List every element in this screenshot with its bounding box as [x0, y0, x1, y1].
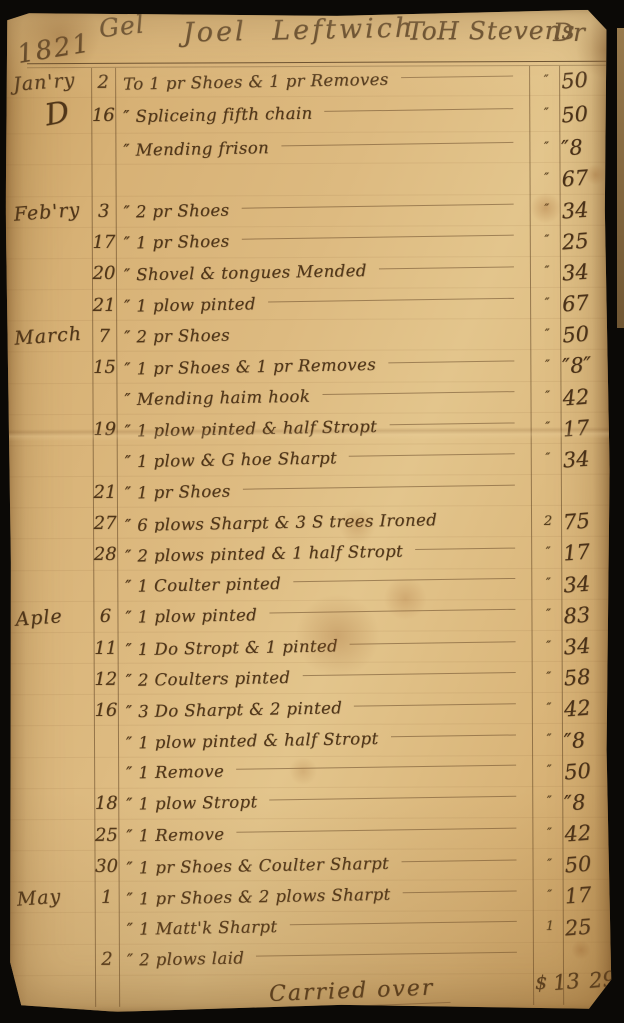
- entry-description: ″ 6 plows Sharpt & 3 S trees Ironed: [117, 512, 533, 533]
- entry-description-text: ″ 1 pr Shoes & 2 plows Sharpt: [127, 886, 391, 907]
- month-label: [8, 801, 94, 807]
- dollars-value: ″: [534, 794, 564, 809]
- ledger-row-2: D 16 ″ Spliceing fifth chain ″ 50: [5, 96, 609, 135]
- scanned-ledger-document: 1821 Gel Joel Leftwich To H Stevens Dr J…: [0, 0, 624, 1023]
- day-number: 20: [92, 263, 116, 284]
- entry-description: ″ 1 plow Stropt: [118, 792, 534, 813]
- month-label: [7, 396, 93, 402]
- dollars-value: ″: [532, 389, 562, 404]
- day-number: 16: [94, 700, 118, 721]
- entry-description-text: ″ 1 plow pinted & half Stropt: [126, 730, 379, 751]
- dollars-value: ″: [532, 358, 562, 373]
- fill-dash-line: [236, 827, 516, 832]
- cents-value: ″8: [563, 726, 613, 753]
- entry-description-text: ″ 1 pr Shoes: [124, 232, 230, 252]
- day-number: 28: [93, 544, 117, 565]
- dollars-value: ″: [532, 296, 562, 311]
- day-number: 3: [92, 201, 116, 222]
- day-number: 11: [94, 637, 118, 658]
- entry-description-text: ″ 2 plows pinted & 1 half Stropt: [125, 543, 403, 564]
- cents-value: ″8: [561, 133, 611, 160]
- month-label: May: [8, 883, 95, 911]
- month-label: [6, 271, 92, 277]
- entry-description: ″ 2 plows laid: [119, 948, 535, 969]
- fill-dash-line: [269, 609, 515, 614]
- header-debit-abbreviation: Dr: [553, 18, 585, 47]
- ledger-row-25: 25 ″ 1 Remove ″ 42: [8, 818, 612, 852]
- entry-description: ″ 1 plow & G hoe Sharpt: [117, 449, 533, 470]
- day-number: 1: [95, 887, 119, 908]
- day-number: 18: [94, 793, 118, 814]
- ledger-row-20: 12 ″ 2 Coulters pinted ″ 58: [8, 662, 612, 696]
- month-label: Aple: [7, 603, 94, 631]
- day-number: 27: [93, 513, 117, 534]
- entry-description: ″ 2 plows pinted & 1 half Stropt: [117, 543, 533, 564]
- dollars-value: ″: [535, 857, 565, 872]
- header-debtor-name: Joel Leftwich: [183, 13, 416, 49]
- entry-description-text: To 1 pr Shoes & 1 pr Removes: [123, 71, 389, 92]
- ledger-row-23: ″ 1 Remove ″ 50: [8, 755, 612, 789]
- entry-description-text: ″ 1 pr Shoes & Coulter Sharpt: [126, 855, 389, 876]
- header-annotation: Gel: [97, 9, 146, 43]
- ledger-row-24: 18 ″ 1 plow Stropt ″ ″8: [8, 786, 612, 820]
- carried-over-row: Carried over $ 13 29: [9, 972, 613, 1009]
- dollars-value: ″: [534, 638, 564, 653]
- fill-dash-line: [236, 765, 516, 770]
- month-label: Feb'ry: [5, 198, 92, 226]
- cents-value: 83: [563, 601, 613, 628]
- ledger-row-22: ″ 1 plow pinted & half Stropt ″ ″8: [8, 724, 612, 758]
- entry-description-text: ″ 1 plow pinted & half Stropt: [124, 418, 377, 439]
- fill-dash-line: [256, 952, 517, 957]
- month-label: [9, 832, 95, 838]
- entry-description-text: ″ 6 plows Sharpt & 3 S trees Ironed: [125, 512, 437, 533]
- month-label: [7, 458, 93, 464]
- fill-dash-line: [242, 235, 514, 240]
- dollars-value: ″: [534, 732, 564, 747]
- day-number: 2: [91, 71, 115, 92]
- cents-value: 42: [563, 694, 613, 721]
- fill-dash-line: [391, 734, 516, 737]
- cents-value: 34: [561, 258, 611, 285]
- ledger-page: 1821 Gel Joel Leftwich To H Stevens Dr J…: [5, 10, 613, 1013]
- month-label: [7, 551, 93, 557]
- fill-dash-line: [241, 204, 513, 209]
- dollars-value: 1: [535, 919, 565, 934]
- month-label: [8, 770, 94, 776]
- entry-description: ″ 2 pr Shoes: [116, 200, 532, 221]
- fill-dash-line: [270, 796, 517, 801]
- cents-value: [563, 488, 611, 492]
- cents-value: 42: [564, 819, 614, 846]
- cents-value: 25: [564, 913, 614, 940]
- ledger-row-12: 19 ″ 1 plow pinted & half Stropt ″ 17: [7, 412, 611, 446]
- month-label: March: [6, 322, 93, 350]
- ledger-header: 1821 Gel Joel Leftwich To H Stevens Dr: [5, 10, 609, 67]
- entry-description-text: ″ 2 Coulters pinted: [126, 668, 291, 689]
- fill-dash-line: [243, 484, 515, 489]
- cents-value: [565, 956, 613, 960]
- dollars-value: ″: [531, 140, 561, 155]
- day-number: 15: [92, 357, 116, 378]
- cents-value: 34: [563, 632, 613, 659]
- ledger-row-8: 21 ″ 1 plow pinted ″ 67: [6, 288, 610, 322]
- fill-dash-line: [388, 360, 514, 363]
- entry-description: ″ 1 Remove: [118, 824, 534, 845]
- ledger-row-19: 11 ″ 1 Do Stropt & 1 pinted ″ 34: [8, 631, 612, 665]
- fill-dash-line: [403, 890, 517, 893]
- ledger-row-7: 20 ″ Shovel & tongues Mended ″ 34: [6, 257, 610, 291]
- ledger-row-3: ″ Mending frison ″ ″8: [5, 132, 609, 166]
- entry-description-text: ″ 1 pr Shoes & 1 pr Removes: [124, 356, 376, 377]
- ledger-entries: Jan'ry 2 To 1 pr Shoes & 1 pr Removes ″ …: [5, 65, 613, 977]
- month-label: [6, 146, 92, 152]
- cents-value: 17: [562, 414, 612, 441]
- entry-description: ″ 1 plow pinted: [117, 605, 533, 626]
- cents-value: 25: [561, 227, 611, 254]
- day-number: 16: [91, 105, 115, 126]
- dollars-value: ″: [532, 233, 562, 248]
- ledger-row-6: 17 ″ 1 pr Shoes ″ 25: [6, 225, 610, 259]
- month-label: [9, 863, 95, 869]
- currency-symbol: $: [535, 972, 547, 994]
- cents-value: 50: [561, 320, 611, 347]
- dollars-value: ″: [532, 264, 562, 279]
- fill-dash-line: [289, 921, 516, 925]
- fill-dash-line: [389, 423, 514, 426]
- fill-dash-line: [302, 672, 515, 676]
- month-label: [7, 427, 93, 433]
- entry-description-text: ″ Mending haim hook: [124, 387, 310, 408]
- fill-dash-line: [293, 578, 515, 582]
- dollars-value: ″: [533, 576, 563, 591]
- entry-description: ″ 1 Coulter pinted: [117, 574, 533, 595]
- entry-description-text: ″ 3 Do Sharpt & 2 pinted: [126, 699, 343, 720]
- cents-value: 67: [561, 164, 611, 191]
- entry-description: ″ 1 Do Stropt & 1 pinted: [118, 637, 534, 658]
- dollars-value: ″: [533, 420, 563, 435]
- dollars-value: ″: [532, 327, 562, 342]
- day-number: 7: [92, 326, 116, 347]
- entry-description-text: ″ 2 plows laid: [127, 949, 245, 969]
- entry-description-text: ″ 1 Matt'k Sharpt: [127, 917, 278, 938]
- month-label: [8, 676, 94, 682]
- day-number: 25: [94, 824, 118, 845]
- entry-description-text: ″ 1 Do Stropt & 1 pinted: [125, 637, 338, 658]
- cents-value: 42: [562, 383, 612, 410]
- day-number: 2: [95, 949, 119, 970]
- fill-dash-line: [401, 75, 513, 78]
- header-connector: To: [407, 16, 437, 45]
- month-label: [9, 957, 95, 963]
- entry-description-text: ″ Shovel & tongues Mended: [124, 262, 367, 283]
- cents-value: 50: [560, 66, 610, 93]
- ledger-row-26: 30 ″ 1 pr Shoes & Coulter Sharpt ″ 50: [8, 849, 612, 883]
- entry-description-text: ″ 2 pr Shoes: [124, 201, 230, 221]
- entry-description-text: ″ 1 pr Shoes: [125, 481, 231, 501]
- entry-description-text: ″ 1 Remove: [126, 762, 224, 782]
- ledger-row-18: Aple 6 ″ 1 plow pinted ″ 83: [7, 599, 611, 633]
- cents-value: 17: [562, 539, 612, 566]
- cents-value: 50: [560, 100, 610, 127]
- carried-over-cents: 29: [588, 967, 617, 993]
- dollars-value: 2: [533, 514, 563, 529]
- dollars-value: ″: [534, 701, 564, 716]
- entry-description-text: ″ 1 Remove: [126, 824, 224, 844]
- adjacent-page-edge: [617, 28, 624, 328]
- entry-description-text: ″ Spliceing fifth chain: [123, 104, 313, 125]
- fill-dash-line: [350, 641, 516, 644]
- dollars-value: ″: [531, 72, 561, 87]
- fill-dash-line: [379, 267, 514, 270]
- cents-value: 34: [561, 196, 611, 223]
- ledger-row-27: May 1 ″ 1 pr Shoes & 2 plows Sharpt ″ 17: [9, 880, 613, 914]
- dollars-value: ″: [534, 825, 564, 840]
- ledger-row-16: 28 ″ 2 plows pinted & 1 half Stropt ″ 17: [7, 537, 611, 571]
- ledger-row-15: 27 ″ 6 plows Sharpt & 3 S trees Ironed 2…: [7, 506, 611, 540]
- entry-description: ″ 2 pr Shoes: [116, 325, 532, 346]
- entry-description-text: ″ 1 plow Stropt: [126, 793, 258, 814]
- fill-dash-line: [401, 859, 516, 862]
- ledger-row-28: ″ 1 Matt'k Sharpt 1 25: [9, 911, 613, 945]
- ledger-row-14: 21 ″ 1 pr Shoes: [7, 475, 611, 509]
- fill-dash-line: [354, 703, 516, 706]
- dollars-value: ″: [531, 106, 561, 121]
- cents-value: ″8″: [562, 351, 612, 378]
- entry-description: ″ Mending frison: [115, 138, 531, 159]
- entry-description-text: ″ 2 pr Shoes: [124, 325, 230, 345]
- month-label: [6, 240, 92, 246]
- entry-description: ″ 1 pr Shoes: [117, 481, 533, 502]
- entry-description: ″ 1 plow pinted & half Stropt: [117, 418, 533, 439]
- dollars-value: ″: [535, 888, 565, 903]
- entry-description-text: ″ 1 plow pinted: [125, 606, 257, 627]
- ledger-row-1: Jan'ry 2 To 1 pr Shoes & 1 pr Removes ″ …: [5, 65, 609, 99]
- entry-description: ″ 1 pr Shoes & Coulter Sharpt: [119, 855, 535, 876]
- entry-description: ″ 3 Do Sharpt & 2 pinted: [118, 699, 534, 720]
- month-label: [9, 925, 95, 931]
- carried-over-label: Carried over: [247, 975, 451, 1011]
- cents-value: 34: [562, 445, 612, 472]
- cents-value: 50: [563, 757, 613, 784]
- entry-description: [116, 174, 532, 185]
- day-number: 30: [95, 856, 119, 877]
- entry-description: ″ 1 Matt'k Sharpt: [119, 917, 535, 938]
- month-label: [8, 707, 94, 713]
- month-label: [7, 489, 93, 495]
- cents-value: ″8: [563, 788, 613, 815]
- ledger-row-29: 2 ″ 2 plows laid: [9, 942, 613, 976]
- entry-description: ″ 1 pr Shoes & 1 pr Removes: [116, 356, 532, 377]
- entry-description-text: ″ Mending frison: [123, 138, 269, 159]
- dollars-value: ″: [532, 202, 562, 217]
- cents-value: 34: [562, 570, 612, 597]
- day-number: 6: [93, 606, 117, 627]
- day-number: 21: [93, 481, 117, 502]
- ledger-row-4: ″ 67: [5, 163, 609, 197]
- dollars-value: ″: [533, 607, 563, 622]
- cents-value: 67: [561, 289, 611, 316]
- entry-description-text: ″ 1 plow & G hoe Sharpt: [125, 449, 338, 470]
- cents-value: 50: [564, 850, 614, 877]
- entry-description: ″ 1 plow pinted: [116, 294, 532, 315]
- dollars-value: ″: [534, 670, 564, 685]
- month-label: [8, 645, 94, 651]
- day-number: 19: [93, 419, 117, 440]
- entry-description: ″ 1 pr Shoes: [116, 231, 532, 252]
- entry-description: ″ 1 Remove: [118, 761, 534, 782]
- ledger-row-11: ″ Mending haim hook ″ 42: [6, 381, 610, 415]
- cents-value: 58: [563, 663, 613, 690]
- ledger-row-17: ″ 1 Coulter pinted ″ 34: [7, 568, 611, 602]
- day-number: 21: [92, 294, 116, 315]
- ledger-row-21: 16 ″ 3 Do Sharpt & 2 pinted ″ 42: [8, 693, 612, 727]
- dollars-value: ″: [534, 763, 564, 778]
- day-number: 12: [94, 669, 118, 690]
- month-label: [6, 302, 92, 308]
- entry-description-text: ″ 1 Coulter pinted: [125, 574, 281, 595]
- entry-description: To 1 pr Shoes & 1 pr Removes: [115, 71, 531, 92]
- month-label: [7, 583, 93, 589]
- entry-description: ″ 2 Coulters pinted: [118, 668, 534, 689]
- entry-description: ″ Spliceing fifth chain: [115, 104, 531, 125]
- entry-description: ″ Mending haim hook: [116, 387, 532, 408]
- fill-dash-line: [349, 454, 515, 457]
- day-number: 17: [92, 232, 116, 253]
- month-label: [7, 520, 93, 526]
- dollars-value: ″: [533, 451, 563, 466]
- entry-description: ″ 1 plow pinted & half Stropt: [118, 730, 534, 751]
- ledger-row-10: 15 ″ 1 pr Shoes & 1 pr Removes ″ ″8″: [6, 350, 610, 384]
- fill-dash-line: [325, 108, 514, 112]
- month-label: [6, 177, 92, 183]
- fill-dash-line: [268, 297, 514, 302]
- month-label: [8, 738, 94, 744]
- entry-description-text: ″ 1 plow pinted: [124, 294, 256, 315]
- fill-dash-line: [415, 548, 515, 550]
- month-label: [6, 364, 92, 370]
- cents-value: 17: [564, 881, 614, 908]
- entry-description: ″ Shovel & tongues Mended: [116, 262, 532, 283]
- carried-over-dollars: 13: [552, 969, 581, 995]
- dollars-value: ″: [533, 545, 563, 560]
- ledger-row-5: Feb'ry 3 ″ 2 pr Shoes ″ 34: [6, 194, 610, 228]
- ledger-row-9: March 7 ″ 2 pr Shoes ″ 50: [6, 319, 610, 353]
- fill-dash-line: [281, 142, 513, 146]
- cents-value: 75: [562, 507, 612, 534]
- entry-description: ″ 1 pr Shoes & 2 plows Sharpt: [119, 886, 535, 907]
- dollars-value: ″: [532, 171, 562, 186]
- fill-dash-line: [322, 391, 514, 395]
- ledger-row-13: ″ 1 plow & G hoe Sharpt ″ 34: [7, 444, 611, 478]
